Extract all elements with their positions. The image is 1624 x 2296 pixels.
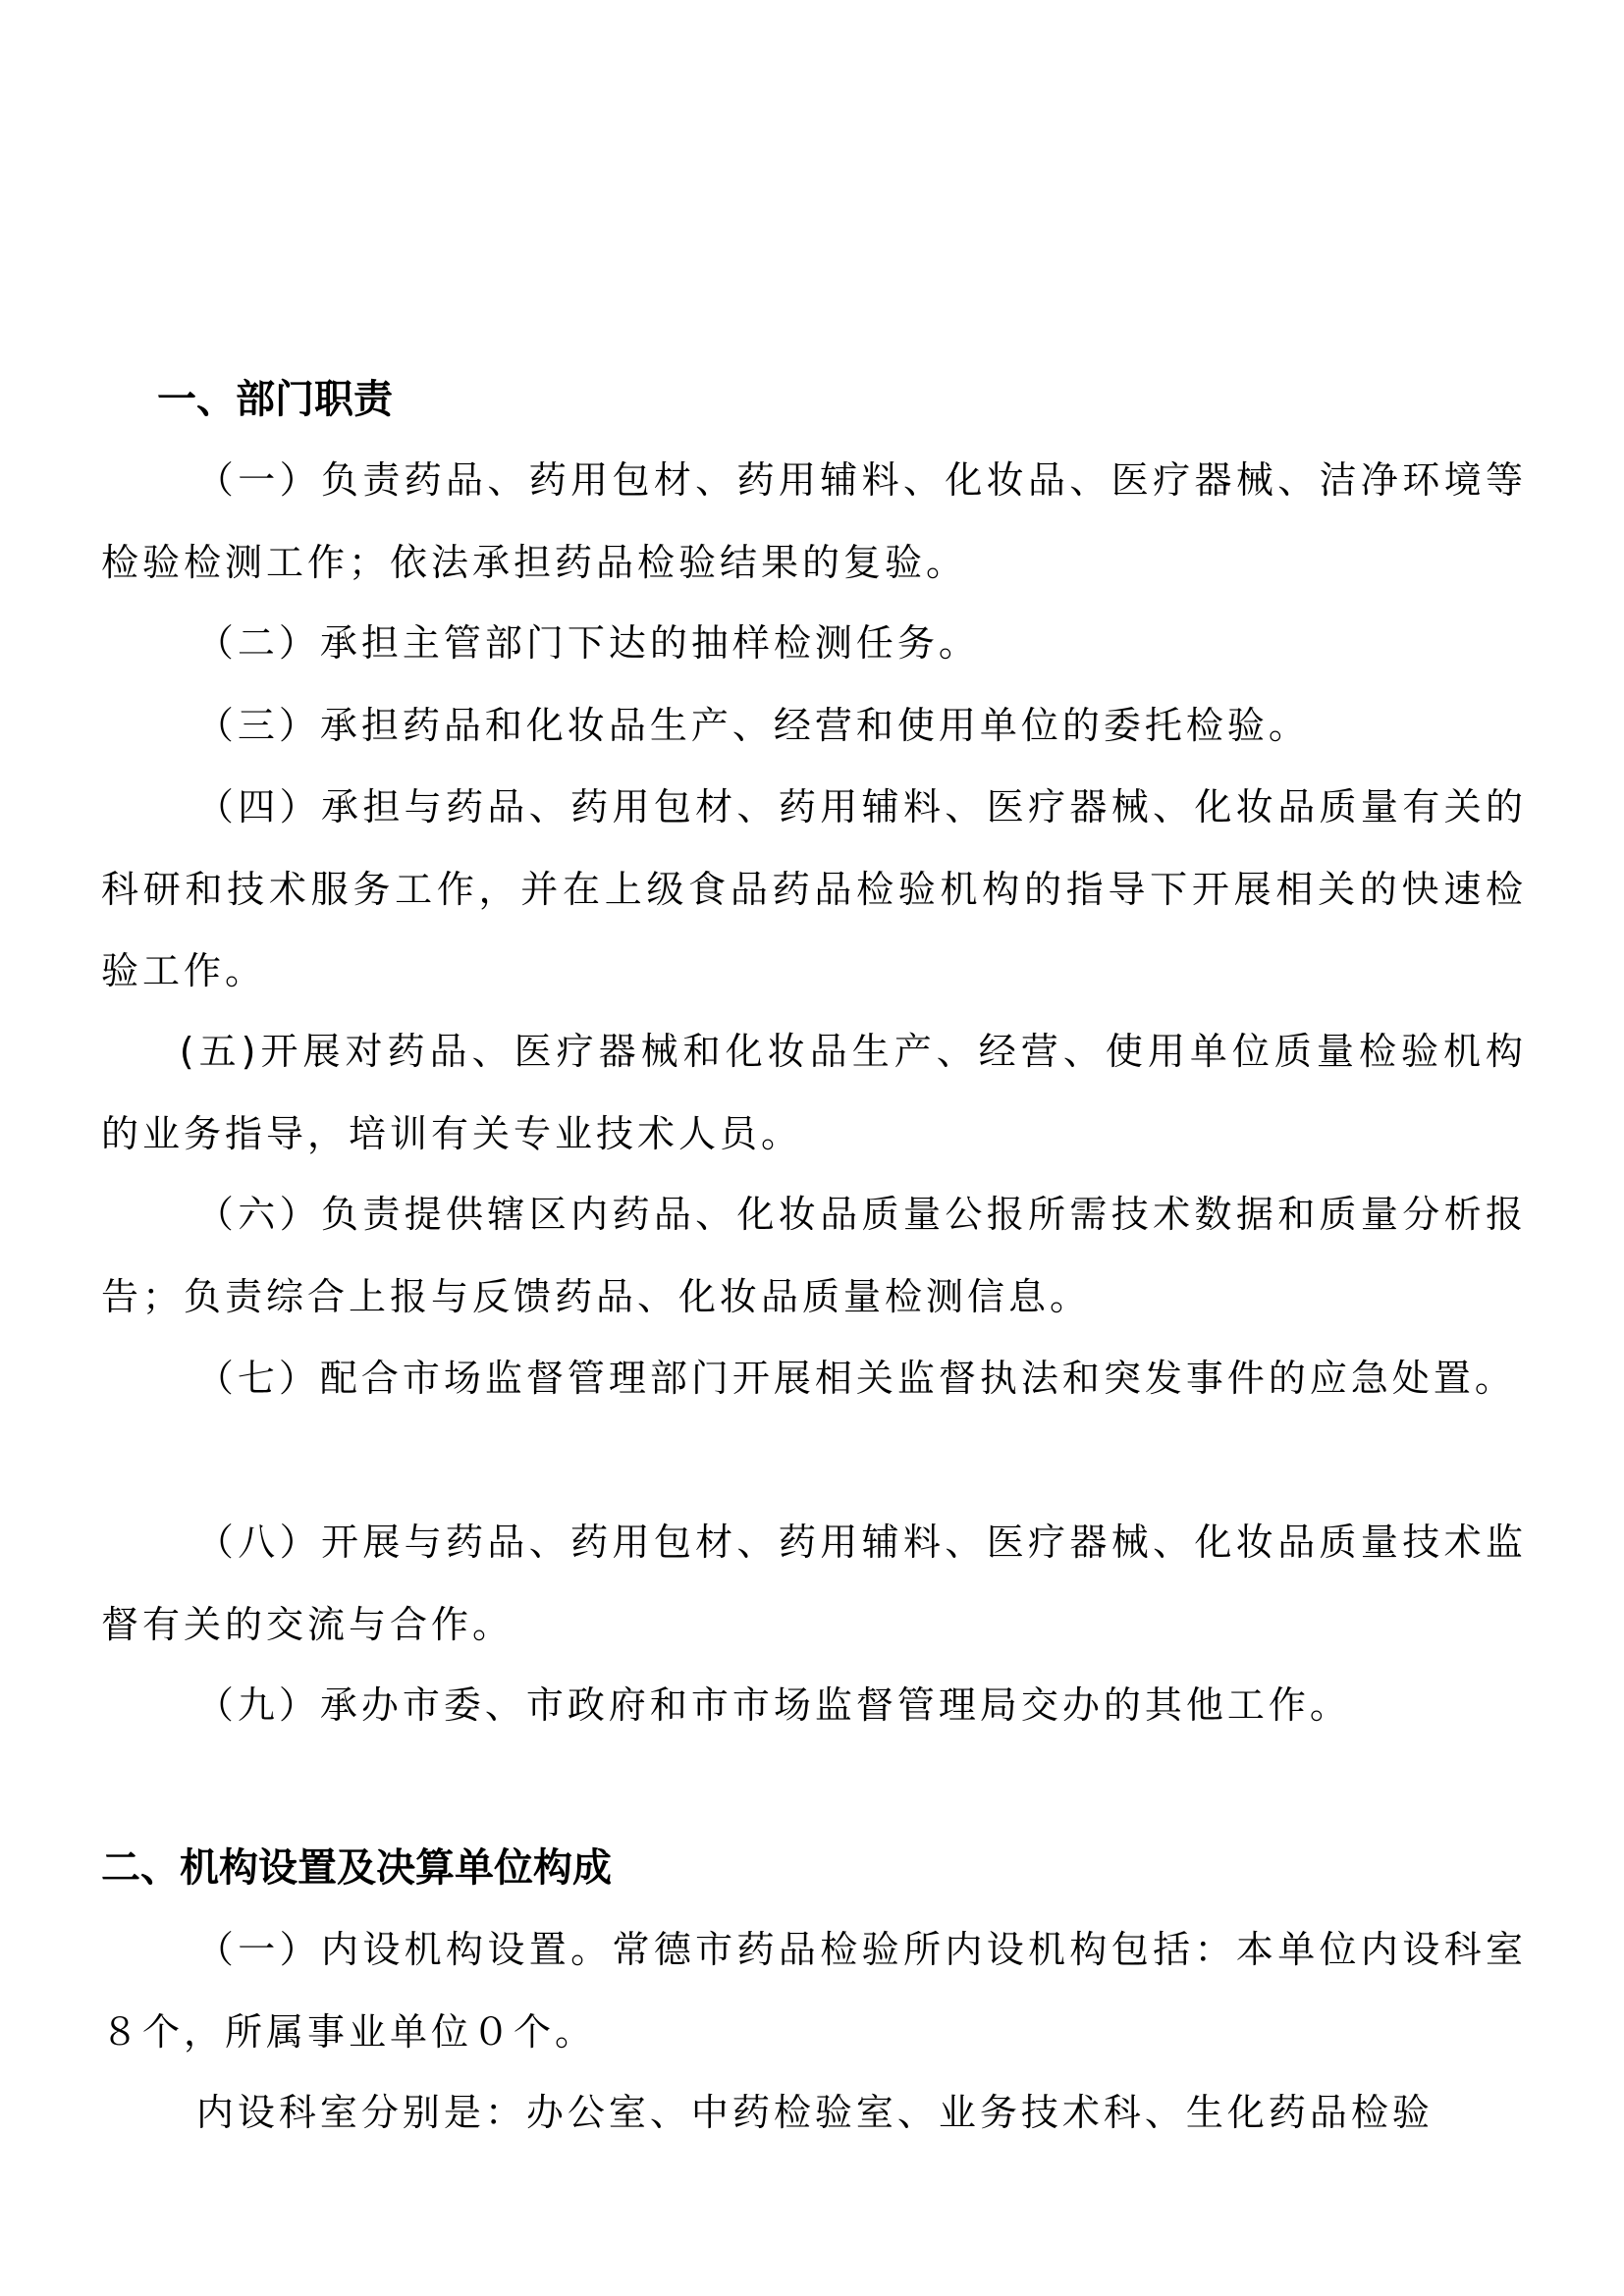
document-page: 一、部门职责 （一）负责药品、药用包材、药用辅料、化妆品、医疗器械、洁净环境等检… bbox=[0, 0, 1624, 2296]
paragraph-departments-list: 内设科室分别是：办公室、中药检验室、业务技术科、生化药品检验 bbox=[101, 2072, 1527, 2155]
section-heading-organization: 二、机构设置及决算单位构成 bbox=[101, 1844, 612, 1892]
paragraph-duty-9: （九）承办市委、市政府和市市场监督管理局交办的其他工作。 bbox=[101, 1665, 1527, 1747]
paragraph-duty-3: （三）承担药品和化妆品生产、经营和使用单位的委托检验。 bbox=[101, 685, 1527, 768]
paragraph-duty-6: （六）负责提供辖区内药品、化妆品质量公报所需技术数据和质量分析报告；负责综合上报… bbox=[101, 1174, 1527, 1338]
paragraph-duty-2: （二）承担主管部门下达的抽样检测任务。 bbox=[101, 603, 1527, 685]
paragraph-duty-1: （一）负责药品、药用包材、药用辅料、化妆品、医疗器械、洁净环境等检验检测工作；依… bbox=[101, 440, 1527, 604]
paragraph-duty-8: （八）开展与药品、药用包材、药用辅料、医疗器械、化妆品质量技术监督有关的交流与合… bbox=[101, 1502, 1527, 1666]
paragraph-duty-7: （七）配合市场监督管理部门开展相关监督执法和突发事件的应急处置。 bbox=[101, 1338, 1527, 1420]
paragraph-duty-4: （四）承担与药品、药用包材、药用辅料、医疗器械、化妆品质量有关的科研和技术服务工… bbox=[101, 767, 1527, 1013]
paragraph-duty-5: (五)开展对药品、医疗器械和化妆品生产、经营、使用单位质量检验机构的业务指导，培… bbox=[101, 1011, 1527, 1175]
paragraph-internal-structure: （一）内设机构设置。常德市药品检验所内设机构包括：本单位内设科室８个，所属事业单… bbox=[101, 1909, 1527, 2073]
section-heading-duties: 一、部门职责 bbox=[157, 376, 393, 423]
